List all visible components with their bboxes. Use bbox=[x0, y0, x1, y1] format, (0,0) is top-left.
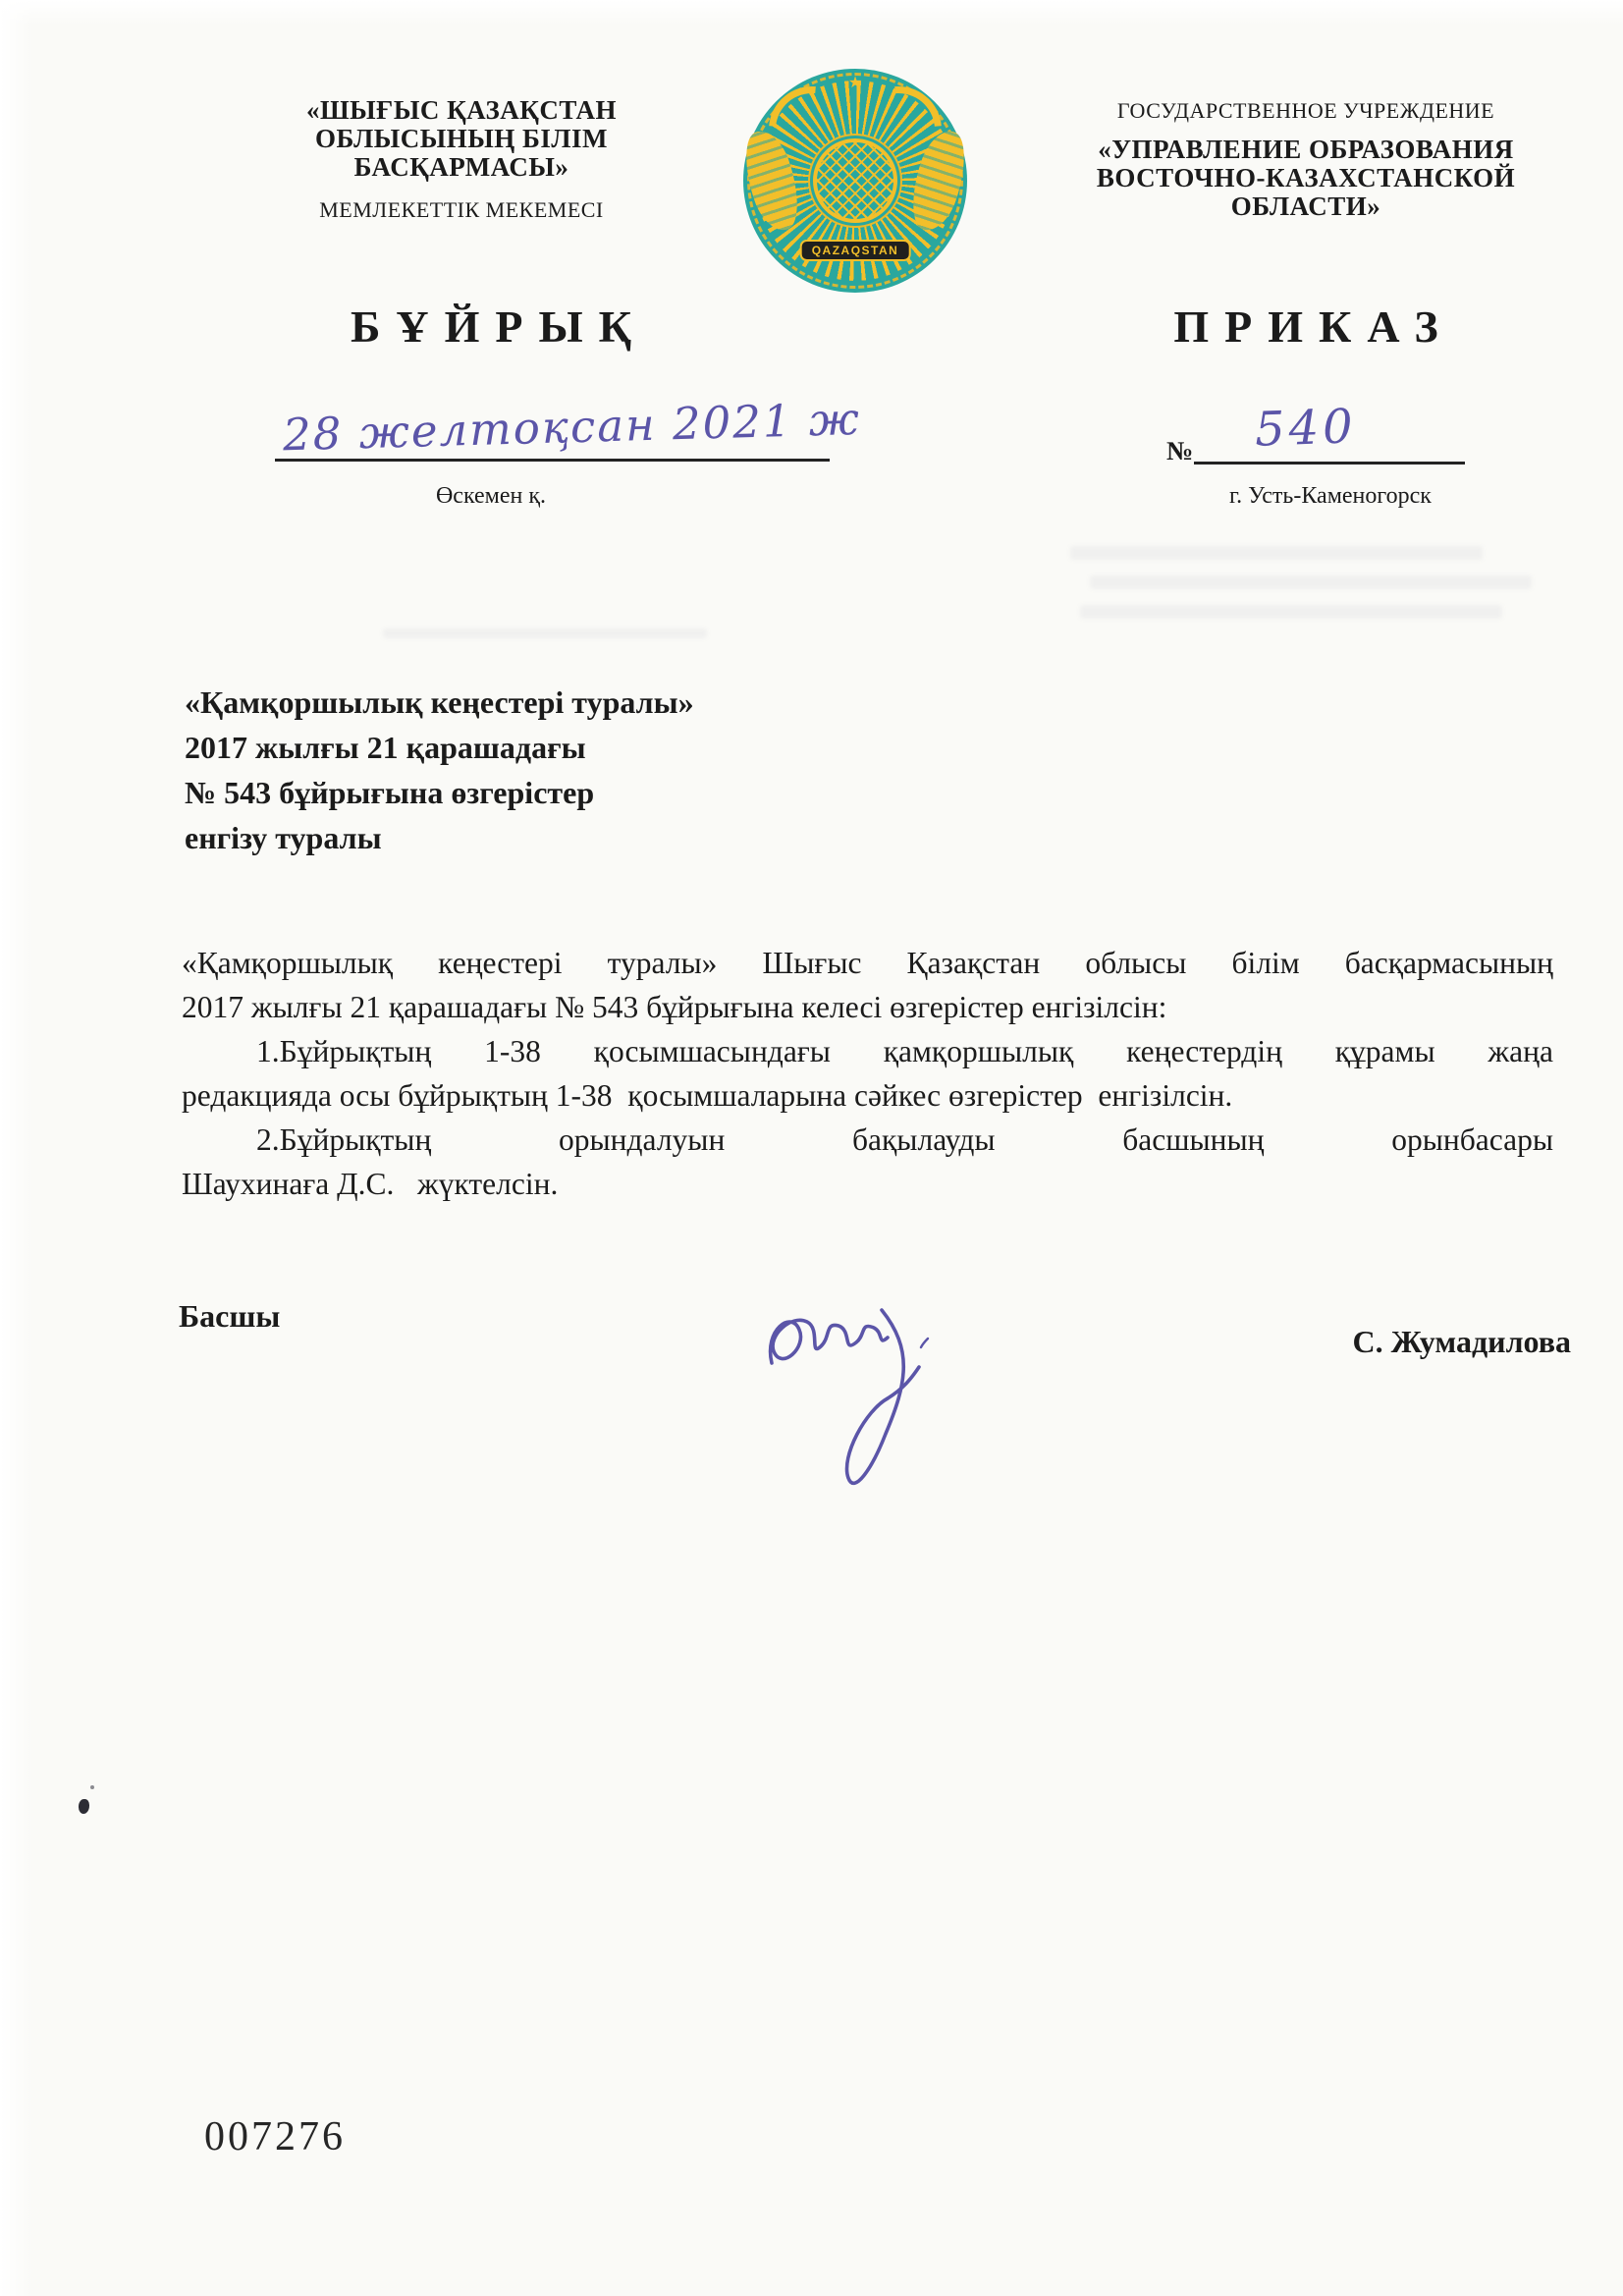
org-type-ru: ГОСУДАРСТВЕННОЕ УЧРЕЖДЕНИЕ bbox=[1053, 98, 1559, 124]
scan-bleed-artifact bbox=[1080, 605, 1502, 619]
emblem-banner: QAZAQSTAN bbox=[800, 240, 911, 261]
handwritten-order-number: 540 bbox=[1254, 399, 1358, 458]
order-title-russian: ПРИКАЗ bbox=[1060, 301, 1551, 353]
org-name-kazakh: «ШЫҒЫС ҚАЗАҚСТАН ОБЛЫСЫНЫҢ БІЛІМ БАСҚАРМ… bbox=[245, 96, 677, 223]
org-type-kk: МЕМЛЕКЕТТІК МЕКЕМЕСІ bbox=[245, 197, 677, 223]
subject-line1: «Қамқоршылық кеңестері туралы» bbox=[185, 680, 931, 725]
body-line2: 2017 жылғы 21 қарашадағы № 543 бұйрығына… bbox=[182, 985, 1553, 1029]
org-name-russian: ГОСУДАРСТВЕННОЕ УЧРЕЖДЕНИЕ «УПРАВЛЕНИЕ О… bbox=[1053, 98, 1559, 221]
form-number: 007276 bbox=[204, 2113, 346, 2160]
body-line1: «Қамқоршылық кеңестері туралы» Шығыс Қаз… bbox=[182, 941, 1553, 985]
signer-name: С. Жумадилова bbox=[1178, 1324, 1571, 1360]
org-name-ru-line2: ВОСТОЧНО-КАЗАХСТАНСКОЙ bbox=[1053, 164, 1559, 192]
ink-speck-artifact bbox=[90, 1785, 94, 1789]
place-kazakh: Өскемен қ. bbox=[245, 483, 736, 510]
scan-bleed-artifact bbox=[1090, 575, 1532, 589]
org-name-kk-line2: ОБЛЫСЫНЫҢ БІЛІМ bbox=[245, 125, 677, 153]
number-underline bbox=[1194, 462, 1465, 465]
body-line5: 2.Бұйрықтың орындалуын бақылауды басшыны… bbox=[182, 1118, 1553, 1162]
org-name-ru-line1: «УПРАВЛЕНИЕ ОБРАЗОВАНИЯ bbox=[1053, 136, 1559, 164]
org-name-kk-line3: БАСҚАРМАСЫ» bbox=[245, 153, 677, 182]
order-body: «Қамқоршылық кеңестері туралы» Шығыс Қаз… bbox=[182, 941, 1553, 1206]
signer-position: Басшы bbox=[179, 1298, 280, 1335]
body-line4: редакцияда осы бұйрықтың 1-38 қосымшалар… bbox=[182, 1073, 1553, 1118]
order-subject: «Қамқоршылық кеңестері туралы» 2017 жылғ… bbox=[185, 680, 931, 860]
handwritten-date: 28 желтоқсан 2021 ж bbox=[282, 393, 872, 462]
subject-line3: № 543 бұйрығына өзгерістер bbox=[185, 770, 931, 815]
org-name-kk-line1: «ШЫҒЫС ҚАЗАҚСТАН bbox=[245, 96, 677, 125]
scan-bleed-artifact bbox=[1070, 546, 1483, 560]
body-line6: Шаухинаға Д.С. жүктелсін. bbox=[182, 1162, 1553, 1206]
ink-blot-artifact bbox=[79, 1799, 89, 1814]
place-russian: г. Усть-Каменогорск bbox=[1109, 483, 1551, 510]
kazakhstan-emblem-icon: QAZAQSTAN bbox=[743, 69, 967, 293]
subject-line2: 2017 жылғы 21 қарашадағы bbox=[185, 725, 931, 770]
star-icon bbox=[848, 75, 862, 90]
subject-line4: енгізу туралы bbox=[185, 815, 931, 860]
order-title-kazakh: БҰЙРЫҚ bbox=[245, 301, 736, 353]
emblem-shanyrak bbox=[813, 138, 897, 223]
scan-bleed-artifact bbox=[383, 629, 707, 638]
scanned-order-document: «ШЫҒЫС ҚАЗАҚСТАН ОБЛЫСЫНЫҢ БІЛІМ БАСҚАРМ… bbox=[0, 0, 1623, 2296]
number-sign: № bbox=[1166, 436, 1193, 466]
date-underline bbox=[275, 459, 830, 462]
body-line3: 1.Бұйрықтың 1-38 қосымшасындағы қамқоршы… bbox=[182, 1029, 1553, 1073]
handwritten-signature bbox=[756, 1285, 1001, 1530]
org-name-ru-line3: ОБЛАСТИ» bbox=[1053, 192, 1559, 221]
